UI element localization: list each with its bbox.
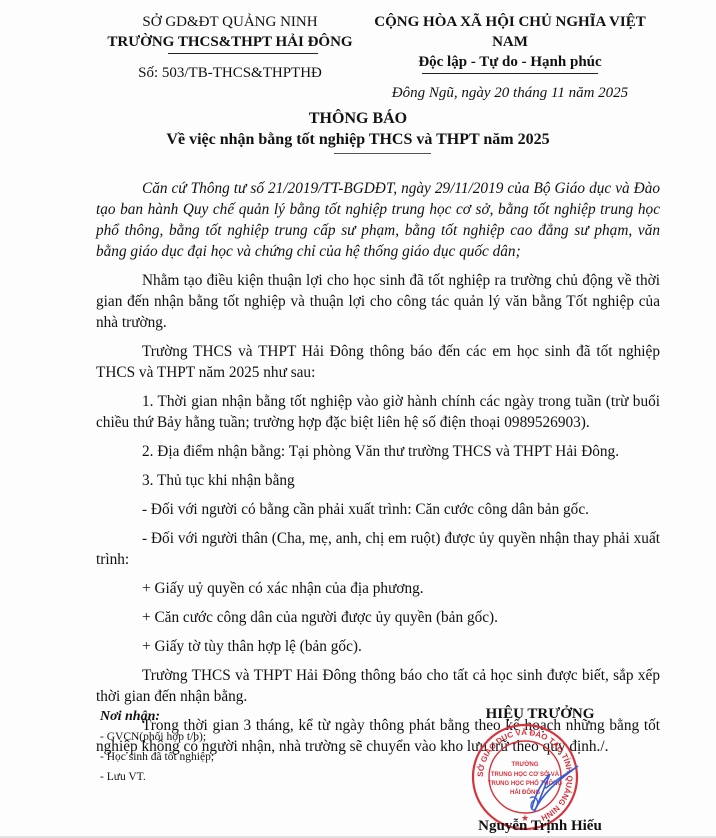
paragraph-item-3: 3. Thủ tục khi nhận bằng <box>96 470 660 491</box>
notice-body: Căn cứ Thông tư số 21/2019/TT-BGDĐT, ngà… <box>96 178 660 763</box>
document-number: Số: 503/TB-THCS&THPTHĐ <box>100 63 360 83</box>
signer-role: HIỆU TRƯỞNG <box>440 706 640 723</box>
title-underline <box>334 153 431 154</box>
notice-title: THÔNG BÁO Về việc nhận bằng tốt nghiệp T… <box>60 108 656 150</box>
paragraph-item-2: 2. Địa điểm nhận bằng: Tại phòng Văn thư… <box>96 441 660 462</box>
header-left: SỞ GD&ĐT QUẢNG NINH TRƯỜNG THCS&THPT HẢI… <box>100 12 360 83</box>
paragraph-doc-identity: + Giấy tờ tùy thân hợp lệ (bản gốc). <box>96 636 660 657</box>
paragraph-announcement: Trường THCS và THPT Hải Đông thông báo đ… <box>96 341 660 383</box>
paragraph-doc-id: + Căn cước công dân của người được ủy qu… <box>96 607 660 628</box>
recipients: Nơi nhận: - GVCN(phối hợp t/b); - Học si… <box>100 707 360 787</box>
signer-name: Nguyễn Trịnh Hiếu <box>440 818 640 835</box>
recipient-item: - GVCN(phối hợp t/b); <box>100 727 360 747</box>
paragraph-legal-basis: Căn cứ Thông tư số 21/2019/TT-BGDĐT, ngà… <box>96 178 660 262</box>
svg-text:TRƯỜNG: TRƯỜNG <box>511 760 538 768</box>
motto-underline <box>422 73 598 74</box>
recipient-item: - Lưu VT. <box>100 767 360 787</box>
paragraph-holder-docs: - Đối với người có bằng cần phải xuất tr… <box>96 499 660 520</box>
paragraph-relative-docs: - Đối với người thân (Cha, mẹ, anh, chị … <box>96 528 660 570</box>
document-page: SỞ GD&ĐT QUẢNG NINH TRƯỜNG THCS&THPT HẢI… <box>0 0 716 838</box>
school-stamp-icon: SỞ GIÁO DỤC VÀ ĐÀO TẠO TỈNH QUẢNG NINH T… <box>470 722 580 832</box>
recipients-label: Nơi nhận: <box>100 707 360 727</box>
agency-name: SỞ GD&ĐT QUẢNG NINH <box>100 12 360 32</box>
paragraph-item-1: 1. Thời gian nhận bằng tốt nghiệp vào gi… <box>96 391 660 433</box>
school-name: TRƯỜNG THCS&THPT HẢI ĐÔNG <box>100 32 360 52</box>
paragraph-closing: Trường THCS và THPT Hải Đông thông báo c… <box>96 665 660 707</box>
paragraph-doc-authorization: + Giấy uỷ quyền có xác nhận của địa phươ… <box>96 578 660 599</box>
paragraph-purpose: Nhằm tạo điều kiện thuận lợi cho học sin… <box>96 270 660 333</box>
school-underline <box>168 53 318 54</box>
nation-name: CỘNG HÒA XÃ HỘI CHỦ NGHĨA VIỆT NAM <box>360 12 660 52</box>
header-right: CỘNG HÒA XÃ HỘI CHỦ NGHĨA VIỆT NAM Độc l… <box>360 12 660 103</box>
title-subject: Về việc nhận bằng tốt nghiệp THCS và THP… <box>60 129 656 150</box>
motto: Độc lập - Tự do - Hạnh phúc <box>360 52 660 72</box>
signature-block: HIỆU TRƯỞNG Nguyễn Trịnh Hiếu <box>440 706 640 723</box>
title-main: THÔNG BÁO <box>60 108 656 129</box>
recipient-item: - Học sinh đã tốt nghiệp; <box>100 747 360 767</box>
place-date: Đông Ngũ, ngày 20 tháng 11 năm 2025 <box>360 83 660 103</box>
